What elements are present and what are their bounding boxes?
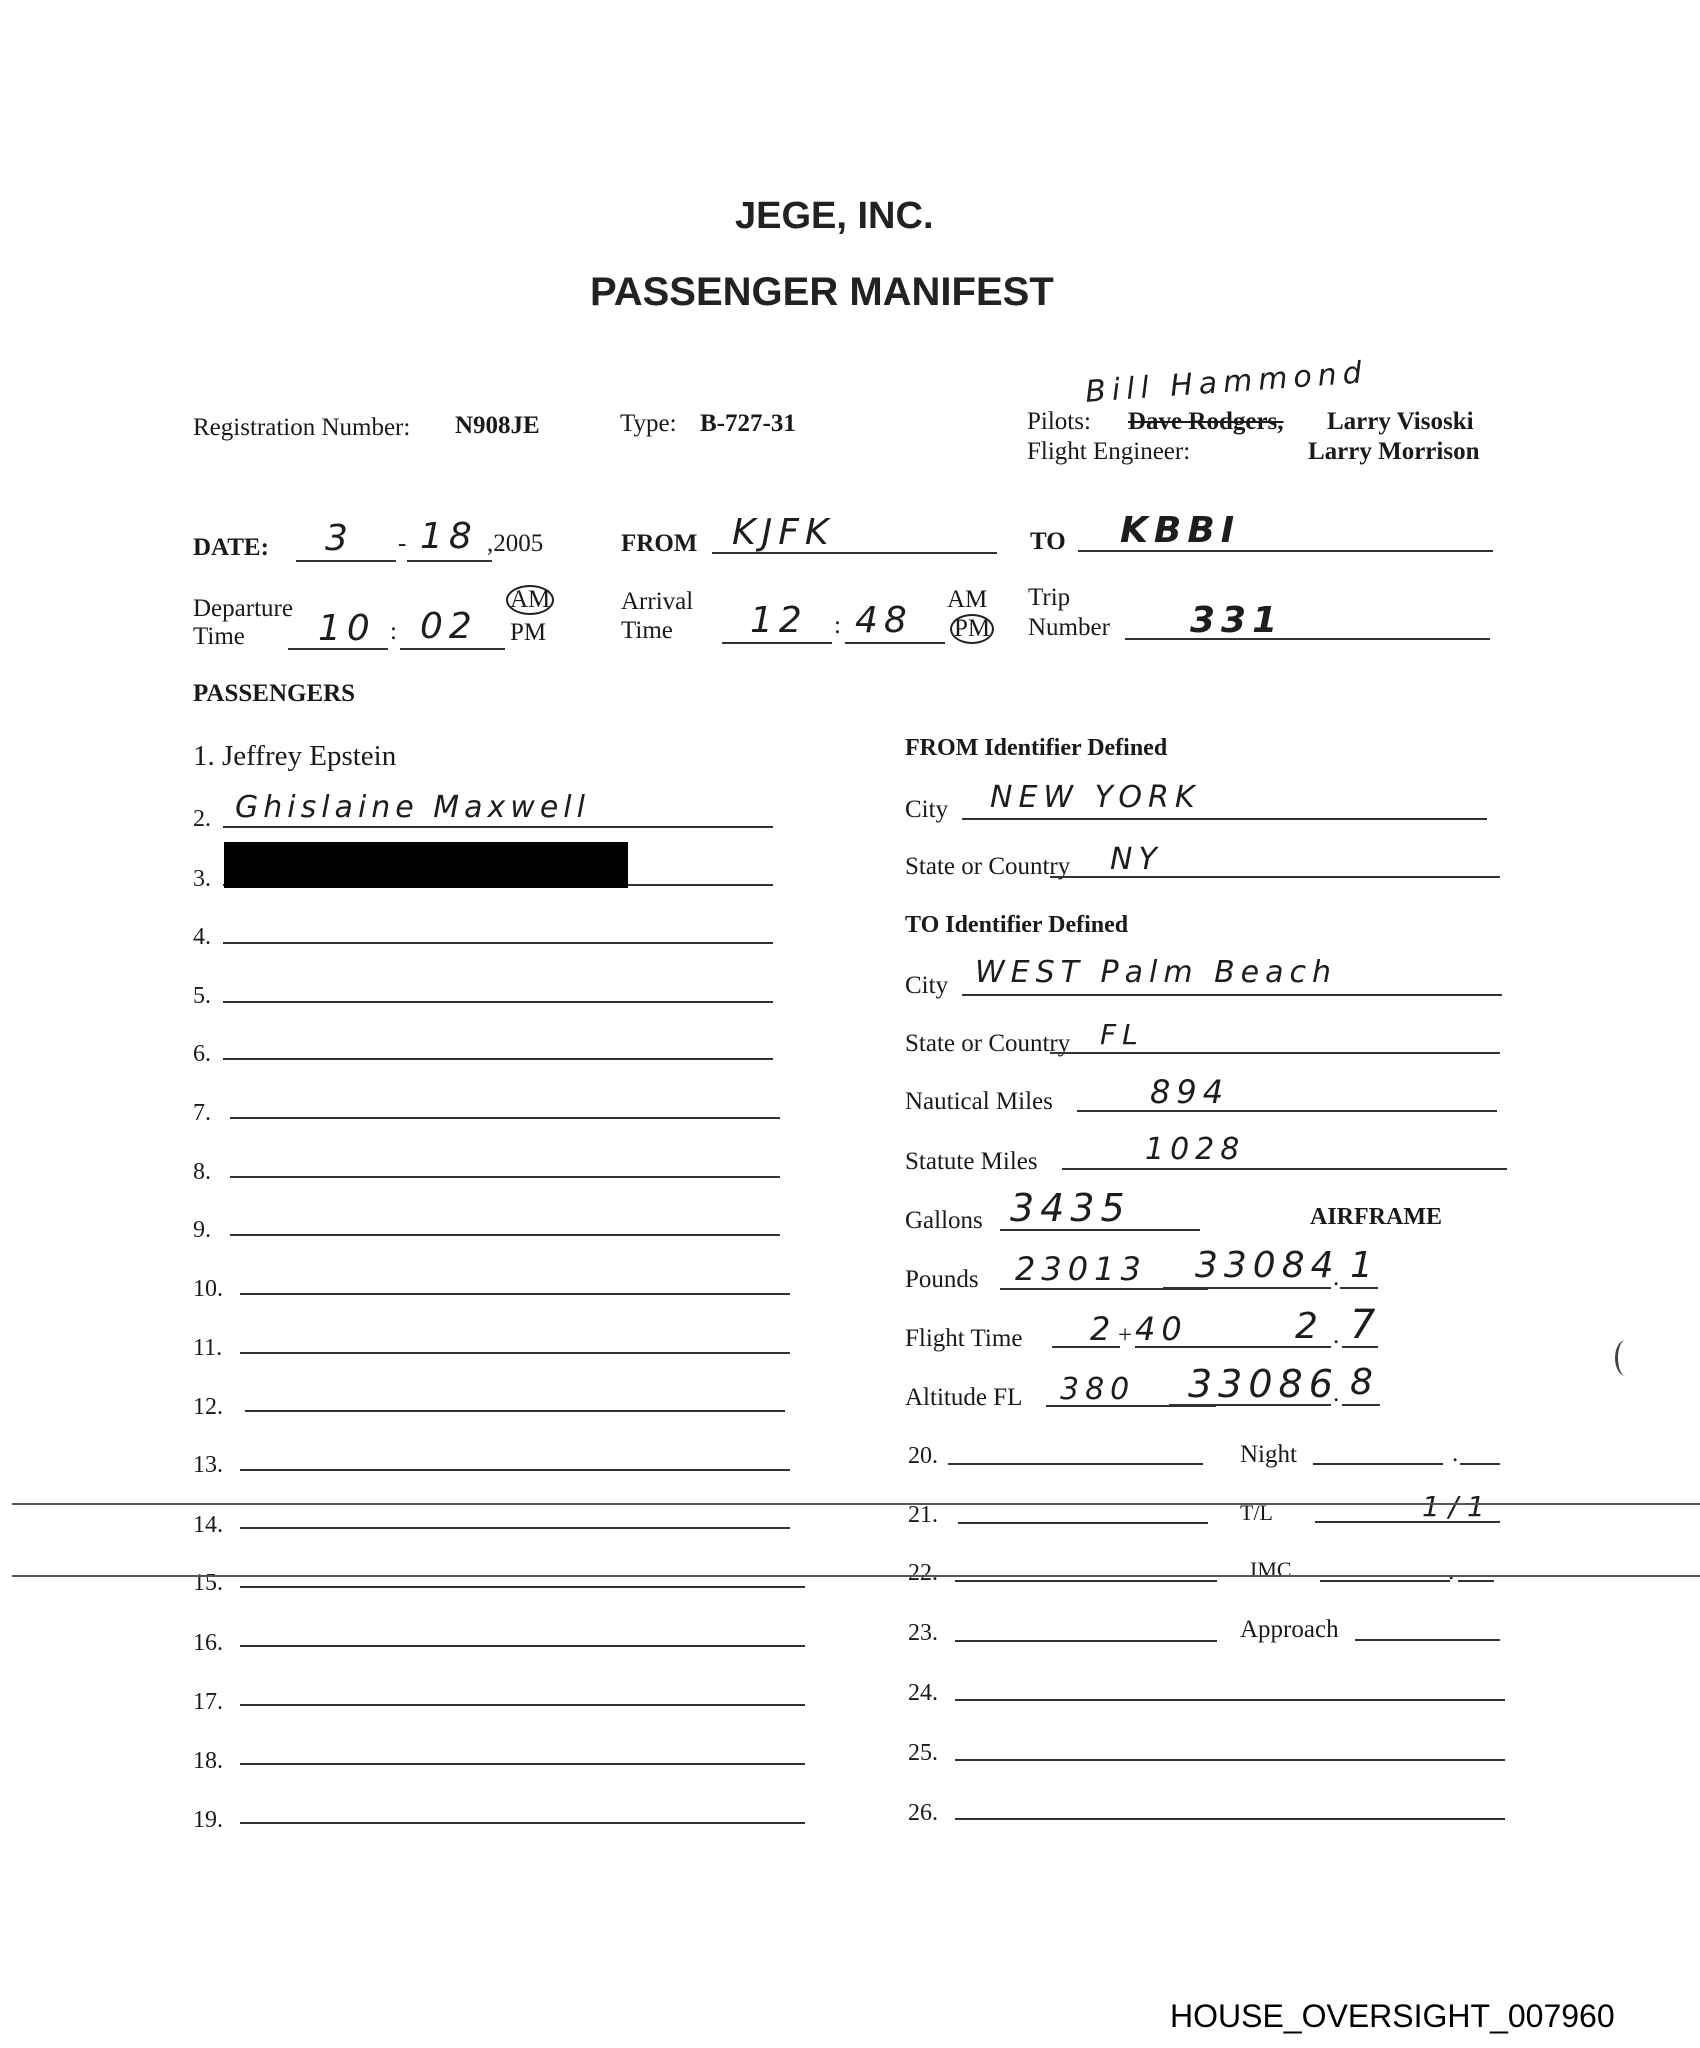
date-label: DATE: [193,534,269,562]
date-month-line [296,560,396,562]
nautical-miles-label: Nautical Miles [905,1088,1053,1116]
passenger-line[interactable] [240,1469,790,1471]
airframe-start-value[interactable]: 33084 [1195,1245,1340,1286]
time-colon-2: : [834,612,841,640]
passenger-num: 16. [193,1630,223,1657]
passenger-line[interactable] [955,1699,1505,1701]
passenger-line[interactable] [230,1176,780,1178]
trip-number: 331 [1190,600,1283,641]
passenger-line[interactable] [955,1759,1505,1761]
passenger-line[interactable] [955,1640,1217,1642]
airframe-end-decimal[interactable]: 8 [1350,1362,1379,1403]
approach-label: Approach [1240,1616,1339,1644]
airframe-start-dec-line [1340,1287,1378,1289]
arrival-label-2: Time [621,617,673,645]
pilot-handwritten-replacement: Bill Hammond [1084,355,1369,410]
bates-number: HOUSE_OVERSIGHT_007960 [1170,1998,1615,2035]
passenger-num: 10. [193,1276,223,1303]
pilot-struck: Dave Rodgers, [1128,408,1284,436]
airframe-end-dec-line [1342,1404,1380,1406]
departure-label-1: Departure [193,595,293,623]
passenger-line [223,826,773,828]
arrival-label-1: Arrival [621,588,693,616]
statute-line [1062,1168,1507,1170]
flight-time-hours[interactable]: 2 [1090,1310,1116,1348]
passenger-num: 9. [193,1217,211,1244]
scan-artifact-line [12,1503,1700,1505]
airframe-delta-decimal[interactable]: 7 [1350,1302,1381,1348]
scan-artifact-arc [1615,1340,1636,1376]
passenger-line[interactable] [240,1704,805,1706]
from-city-label: City [905,796,948,824]
page-title: PASSENGER MANIFEST [590,270,1054,315]
passenger-num: 21. [908,1502,938,1529]
from-identifier-heading: FROM Identifier Defined [905,735,1167,762]
airframe-delta-value[interactable]: 2 [1295,1306,1324,1347]
passenger-row-1: 1. Jeffrey Epstein [193,740,396,773]
registration-value: N908JE [455,412,540,440]
departure-label-2: Time [193,623,245,651]
statute-miles-value[interactable]: 1028 [1145,1132,1245,1167]
passenger-name: Jeffrey Epstein [222,740,396,772]
trip-label-2: Number [1028,614,1110,642]
arrival-am[interactable]: AM [947,586,987,614]
departure-am-circled[interactable]: AM [506,585,554,615]
registration-label: Registration Number: [193,414,410,442]
time-colon: : [390,618,397,646]
engineer-label: Flight Engineer: [1027,438,1190,466]
passenger-num: 5. [193,983,211,1010]
night-dec-line[interactable] [1460,1463,1500,1465]
flight-time-label: Flight Time [905,1325,1022,1353]
pounds-value[interactable]: 23013 [1015,1250,1147,1288]
to-identifier-heading: TO Identifier Defined [905,912,1128,939]
departure-min: 02 [420,606,478,647]
passenger-num: 4. [193,924,211,951]
to-label: TO [1030,528,1066,556]
passenger-name-handwritten[interactable]: Ghislaine Maxwell [235,790,590,825]
date-day: 18 [420,516,478,557]
decimal-dot: . [1333,1322,1339,1350]
date-day-line [407,560,492,562]
arrival-pm-circled[interactable]: PM [950,614,994,644]
passenger-num: 7. [193,1100,211,1127]
passenger-num: 18. [193,1748,223,1775]
passenger-line[interactable] [240,1586,805,1588]
to-city-line [962,994,1502,996]
gallons-value[interactable]: 3435 [1010,1186,1131,1230]
night-line[interactable] [1313,1463,1443,1465]
company-name: JEGE, INC. [735,195,934,238]
departure-hour: 10 [318,608,376,649]
from-state-label: State or Country [905,853,1070,881]
passenger-line[interactable] [223,1058,773,1060]
decimal-dot: . [1448,1558,1454,1586]
trip-line [1125,638,1490,640]
passenger-line[interactable] [240,1763,805,1765]
type-value: B-727-31 [700,410,796,438]
passenger-num: 23. [908,1620,938,1647]
passenger-num: 12. [193,1394,223,1421]
tl-value[interactable]: 1 / 1 [1422,1490,1485,1523]
passenger-line[interactable] [223,942,773,944]
to-state-line [1050,1052,1500,1054]
from-city-line [962,818,1487,820]
altitude-value[interactable]: 380 [1060,1372,1135,1407]
date-month: 3 [325,518,354,559]
arrival-hour-line [722,642,832,644]
nautical-line [1077,1110,1497,1112]
passenger-line[interactable] [958,1522,1208,1524]
passenger-num: 1. [193,740,215,772]
passenger-num: 11. [193,1335,222,1362]
departure-pm[interactable]: PM [510,619,546,647]
flight-time-plus: + [1118,1322,1132,1350]
passenger-line[interactable] [240,1527,790,1529]
to-city-value[interactable]: WEST Palm Beach [975,955,1337,990]
passenger-num: 26. [908,1800,938,1827]
pounds-label: Pounds [905,1266,979,1294]
to-value: KBBI [1120,510,1240,551]
arrival-min: 48 [855,600,913,641]
night-label: Night [1240,1441,1297,1469]
passenger-num: 24. [908,1680,938,1707]
from-value: KJFK [732,512,835,553]
altitude-label: Altitude FL [905,1384,1022,1412]
approach-line[interactable] [1355,1639,1500,1641]
flight-time-minutes[interactable]: 40 [1135,1310,1188,1348]
airframe-heading: AIRFRAME [1310,1204,1442,1231]
arrival-min-line [845,642,945,644]
airframe-start-decimal[interactable]: 1 [1350,1245,1379,1286]
from-label: FROM [621,530,697,558]
scan-artifact-line [12,1575,1700,1577]
passenger-num: 6. [193,1041,211,1068]
departure-min-line [400,648,505,650]
passenger-line[interactable] [240,1822,805,1824]
to-state-label: State or Country [905,1030,1070,1058]
imc-label: IMC [1250,1557,1292,1583]
passenger-num: 2. [193,806,211,833]
passenger-line[interactable] [240,1352,790,1354]
pilot-2: Larry Visoski [1327,408,1474,436]
passenger-num: 8. [193,1159,211,1186]
passenger-num: 22. [908,1560,938,1587]
decimal-dot: . [1333,1380,1339,1408]
passenger-num: 19. [193,1807,223,1834]
passengers-heading: PASSENGERS [193,680,355,708]
passenger-line[interactable] [223,1001,773,1003]
passenger-line[interactable] [955,1818,1505,1820]
imc-line[interactable] [1320,1580,1450,1582]
engineer-value: Larry Morrison [1308,438,1479,466]
date-dash: - [398,530,406,558]
passenger-num: 17. [193,1689,223,1716]
trip-label-1: Trip [1028,584,1070,612]
decimal-dot: . [1452,1440,1458,1468]
passenger-num: 20. [908,1443,938,1470]
gallons-label: Gallons [905,1207,983,1235]
redaction-box [224,842,628,888]
passenger-line[interactable] [948,1463,1203,1465]
passenger-line[interactable] [230,1234,780,1236]
passenger-line[interactable] [240,1293,790,1295]
airframe-end-value[interactable]: 33086 [1188,1362,1339,1406]
date-year: ,2005 [487,530,543,558]
type-label: Type: [620,410,677,438]
passenger-num: 13. [193,1452,223,1479]
statute-miles-label: Statute Miles [905,1148,1038,1176]
passenger-line[interactable] [245,1410,785,1412]
to-state-value[interactable]: FL [1100,1018,1144,1051]
passenger-num: 14. [193,1512,223,1539]
to-city-label: City [905,972,948,1000]
passenger-num: 3. [193,866,211,893]
passenger-line[interactable] [240,1645,805,1647]
nautical-miles-value[interactable]: 894 [1150,1073,1229,1111]
pilots-label: Pilots: [1027,408,1091,436]
arrival-hour: 12 [750,600,808,641]
passenger-line[interactable] [955,1580,1217,1582]
decimal-dot: . [1333,1264,1339,1292]
imc-dec-line[interactable] [1458,1580,1494,1582]
from-city-value[interactable]: NEW YORK [990,780,1201,815]
passenger-line[interactable] [230,1117,780,1119]
airframe-start-line [1163,1287,1331,1289]
from-state-value[interactable]: NY [1110,842,1163,877]
passenger-num: 25. [908,1740,938,1767]
